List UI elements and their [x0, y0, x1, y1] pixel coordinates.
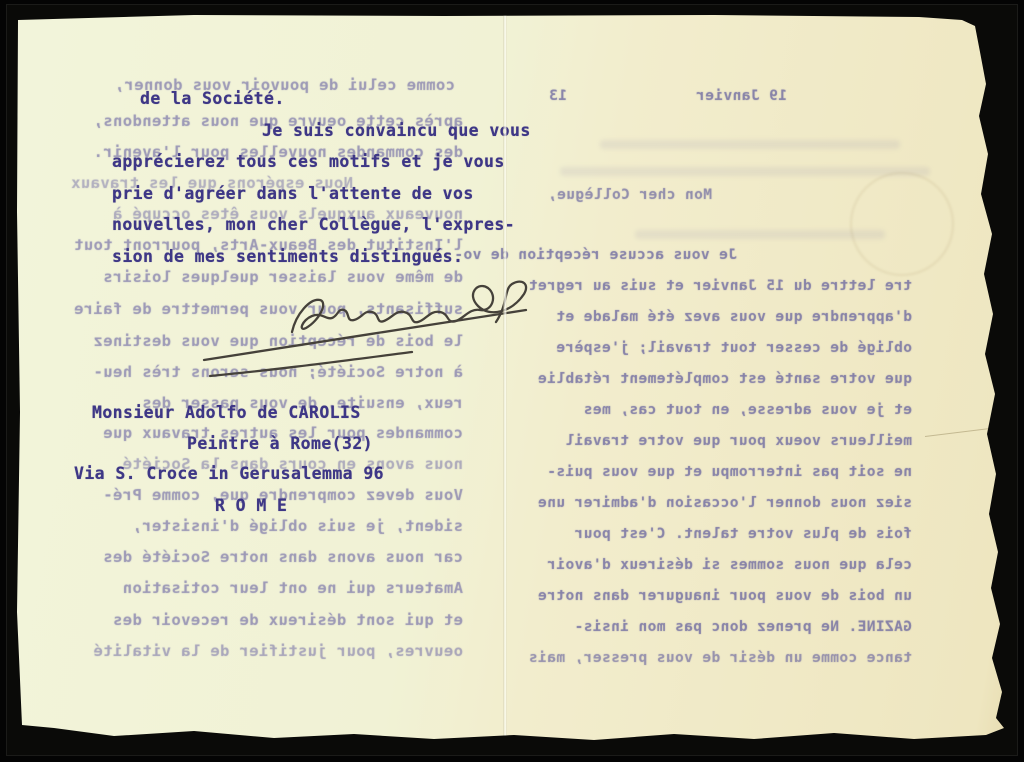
recipient-line: R O M E [215, 496, 287, 515]
bleed-date: 19 Janvier [696, 88, 787, 104]
paragraph-line: sion de mes sentiments distingués. [112, 247, 463, 266]
bleed-line: et je vous adresse, en tout cas, mes [583, 402, 912, 418]
bleed-line: tance comme un désir de vous presser, ma… [529, 650, 912, 666]
bleed-line: Je vous accuse réception de vo- [454, 247, 737, 263]
paragraph-line: apprécierez tous ces motifs et je vous [112, 152, 505, 171]
bleed-line: d'apprendre que vous avez été malade et [556, 309, 912, 325]
bleedthrough-text-right: 19 Janvier 13 Mon cher Collègue, Je vous… [505, 12, 992, 742]
bleed-line: meilleurs voeux pour que votre travail [565, 433, 912, 449]
bleed-line: car nous avons dans notre Société des [103, 548, 463, 566]
bleed-line: ne soit pas interrompu et que vous puis- [547, 464, 912, 480]
paragraph-line: de la Société. [140, 89, 285, 108]
bleed-line: tre lettre du 15 Janvier et suis au regr… [529, 278, 912, 294]
bleed-line: sident, je suis obligé d'insister, [132, 517, 463, 535]
bleed-year: 13 [549, 88, 567, 104]
bleed-line: GAZINE. Ne prenez donc pas mon insis- [574, 619, 912, 635]
paragraph-line: prie d'agréer dans l'attente de vos [112, 184, 474, 203]
bleed-line: siez nous donner l'occasion d'admirer un… [538, 495, 912, 511]
recipient-line: Peintre à Rome(32) [187, 434, 373, 453]
fold-crease [503, 12, 507, 742]
scanned-letter-photo: comme celui de pouvoir vous donner, aprè… [0, 0, 1024, 762]
bleed-line: oeuvres, pour justifier de la vitalité [93, 642, 463, 660]
letter-left-page: comme celui de pouvoir vous donner, aprè… [18, 12, 505, 742]
recipient-line: Via S. Croce in Gerusalemma 96 [74, 464, 384, 483]
bleed-line: Amateurs qui ne ont leur cotisation [122, 579, 463, 597]
bleed-line: cela que nous sommes si désireux d'avoir [547, 557, 912, 573]
letter-paper: comme celui de pouvoir vous donner, aprè… [14, 12, 1006, 742]
bleed-line: obligé de cesser tout travail; j'espère [556, 340, 912, 356]
bleed-line: que votre santé est complétement rétabli… [538, 371, 912, 387]
handwritten-signature [174, 270, 544, 390]
bleed-salutation: Mon cher Collègue, [548, 187, 712, 203]
letter-right-page: 19 Janvier 13 Mon cher Collègue, Je vous… [505, 12, 992, 742]
recipient-line: Monsieur Adolfo de CAROLIS [92, 403, 361, 422]
bleed-line: et qui sont désireux de recevoir des [113, 611, 463, 629]
bleed-line: fois de plus votre talent. C'est pour [574, 526, 912, 542]
paragraph-line: Je suis convaincu que vous [262, 121, 531, 140]
bleed-line: un bois de vous pour inaugurer dans notr… [538, 588, 912, 604]
paragraph-line: nouvelles, mon cher Collègue, l'expres- [112, 215, 515, 234]
